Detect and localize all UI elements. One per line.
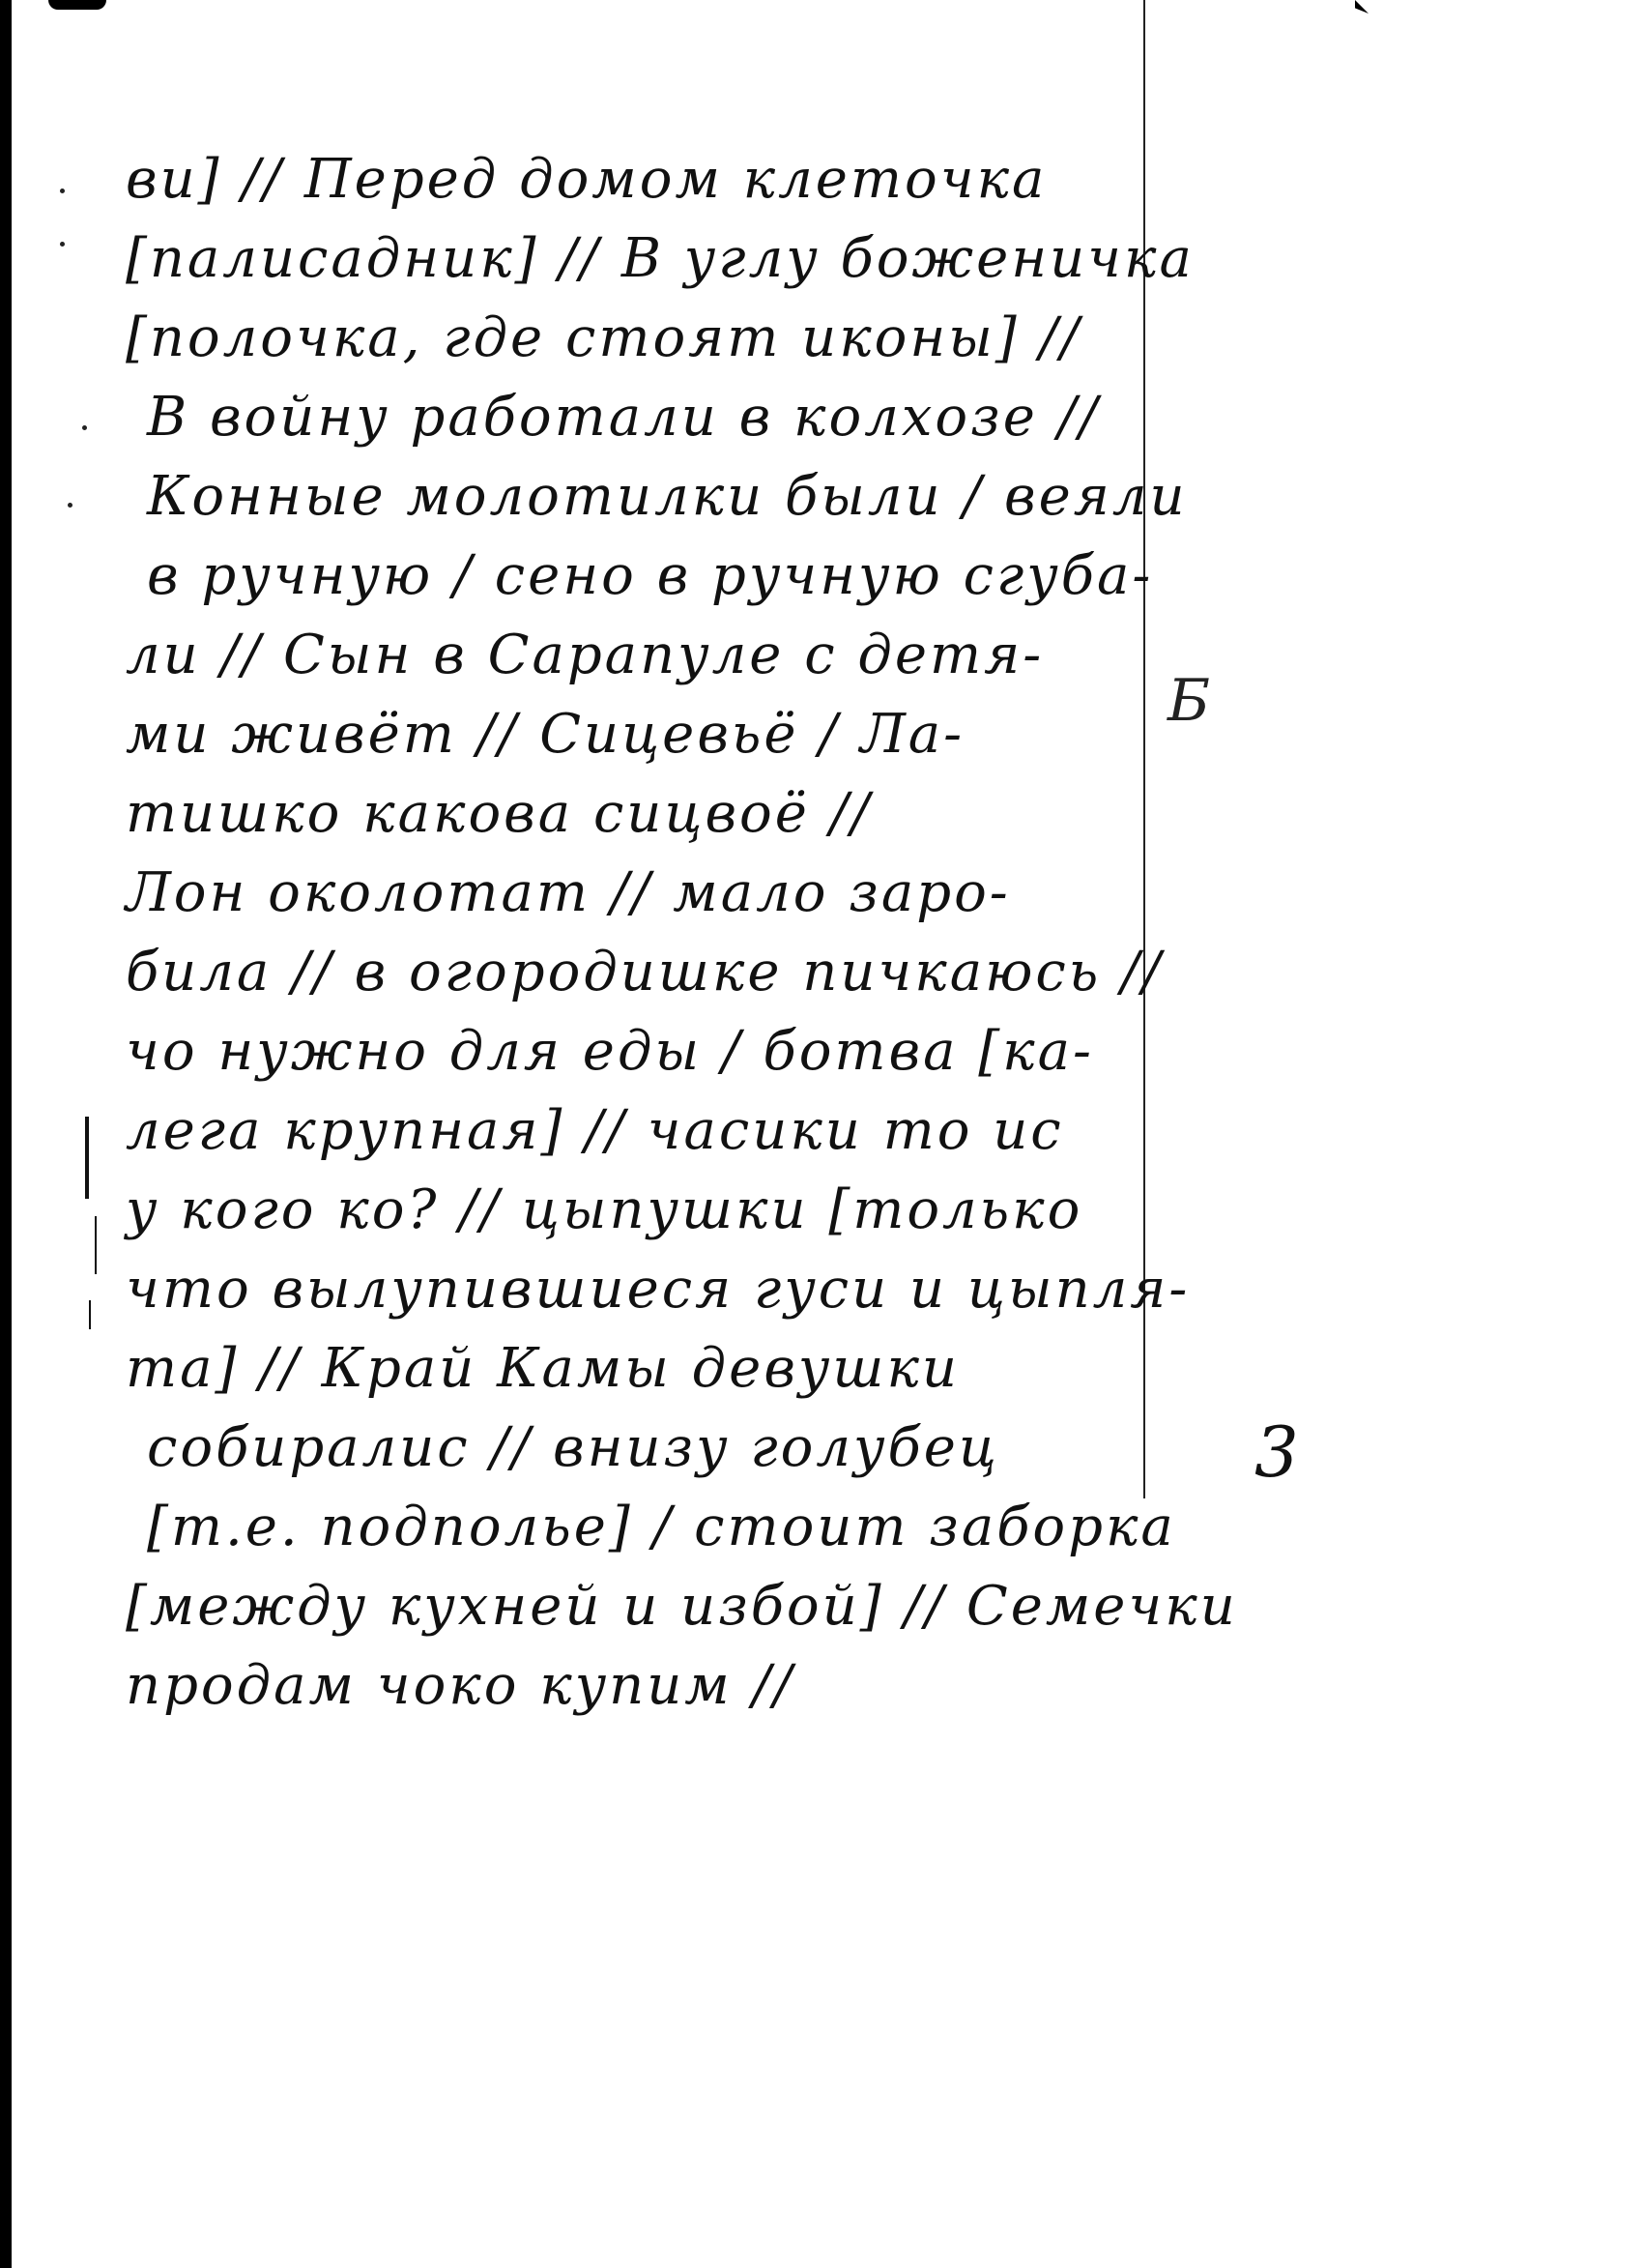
margin-annotation: Б — [1167, 667, 1210, 735]
margin-bar — [95, 1216, 97, 1274]
text-line: Лон околотат // мало заро- — [126, 854, 1218, 933]
text-line: чо нужно для еды / ботва [ка- — [126, 1012, 1218, 1091]
margin-bar — [85, 1117, 89, 1199]
page-number: 3 — [1254, 1411, 1299, 1493]
text-line: В войну работали в колхозе // — [126, 378, 1218, 457]
scan-artifact — [48, 0, 106, 10]
text-line: у кого ко? // цыпушки [только — [126, 1171, 1218, 1250]
text-line: ви] // Перед домом клеточка — [126, 140, 1218, 219]
text-line: тишко какова сицвоё // — [126, 774, 1218, 854]
text-line: [т.е. подполье] / стоит заборка — [126, 1488, 1218, 1567]
text-line: Конные молотилки были / веяли — [126, 457, 1218, 537]
margin-dot — [60, 242, 65, 247]
text-line: та] // Край Камы девушки — [126, 1329, 1218, 1409]
scan-artifact — [1355, 0, 1369, 14]
text-line: ми живёт // Сицевьё / Ла- — [126, 695, 1218, 774]
text-line: ли // Сын в Сарапуле с детя- — [126, 616, 1218, 695]
scan-edge — [0, 0, 12, 2268]
scanned-page: ви] // Перед домом клеточка [палисадник]… — [0, 0, 1643, 2268]
text-line: собиралис // внизу голубец — [126, 1409, 1218, 1488]
text-line: била // в огородишке пичкаюсь // — [126, 933, 1218, 1012]
text-line: [палисадник] // В углу боженичка — [126, 219, 1218, 299]
text-line: [полочка, где стоят иконы] // — [126, 299, 1218, 378]
text-line: продам чоко купим // — [126, 1646, 1218, 1726]
transcription-text: ви] // Перед домом клеточка [палисадник]… — [126, 140, 1218, 1726]
margin-dot — [68, 503, 72, 508]
text-line: [между кухней и избой] // Семечки — [126, 1567, 1218, 1646]
margin-dot — [82, 425, 87, 430]
text-line: лега крупная] // часики то ис — [126, 1091, 1218, 1171]
text-line: что вылупившиеся гуси и цыпля- — [126, 1250, 1218, 1329]
text-line: в ручную / сено в ручную сгуба- — [126, 537, 1218, 616]
margin-bar — [89, 1300, 91, 1329]
margin-dot — [60, 189, 65, 193]
